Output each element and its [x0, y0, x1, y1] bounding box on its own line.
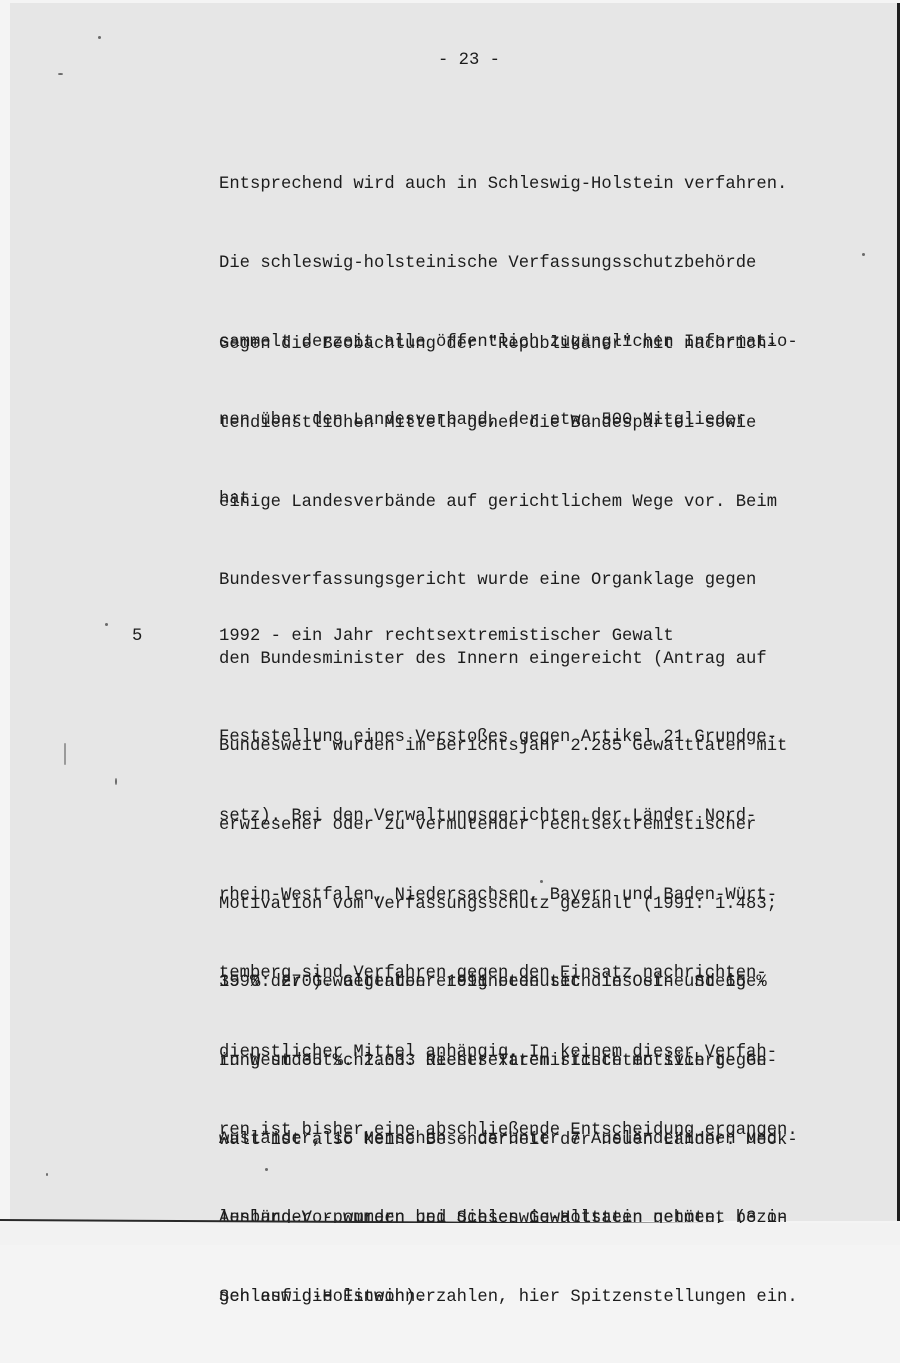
section-number: 5	[132, 627, 142, 646]
scan-margin	[0, 1223, 900, 1245]
scan-speck	[115, 778, 117, 785]
scan-speck	[265, 1168, 268, 1171]
text-line: Bundesweit wurden im Berichtsjahr 2.285 …	[219, 734, 787, 760]
text-line: walt ist also keine Besonderheit der neu…	[219, 1128, 798, 1154]
scan-speck	[58, 73, 63, 75]
scanned-page: - 23 - Entsprechend wird auch in Schlesw…	[10, 3, 900, 1221]
text-line: Bundesverfassungsgericht wurde eine Orga…	[219, 568, 798, 594]
text-line: in Westdeutschland. Rechtsextremistisch …	[219, 1049, 798, 1075]
scan-speck	[540, 880, 543, 883]
text-line: tendienstlichen Mitteln gehen die Bundes…	[219, 411, 798, 437]
text-line: Entsprechend wird auch in Schleswig-Hols…	[219, 172, 798, 198]
text-line: erwiesener oder zu vermutender rechtsext…	[219, 813, 787, 839]
paragraph-east-west-distribution: 35 % der Gewalttaten ereigneten sich in …	[219, 918, 798, 1245]
scan-speck	[46, 1173, 48, 1176]
scan-speck	[98, 36, 101, 39]
scan-speck	[862, 253, 865, 256]
scan-speck	[105, 623, 108, 626]
text-line: Motivation vom Verfassungsschutz gezählt…	[219, 892, 787, 918]
text-line: den Bundesminister des Innern eingereich…	[219, 647, 798, 673]
section-heading: 1992 - ein Jahr rechtsextremistischer Ge…	[219, 627, 674, 646]
page-number: - 23 -	[438, 51, 500, 70]
scan-speck	[64, 743, 66, 765]
scan-speck	[490, 888, 493, 891]
text-line: Gegen die Beobachtung der "Republikaner"…	[219, 332, 798, 358]
text-line: 35 % der Gewalttaten ereigneten sich in …	[219, 970, 798, 996]
text-line: Die schleswig-holsteinische Verfassungss…	[219, 251, 798, 277]
text-line: einige Landesverbände auf gerichtlichem …	[219, 490, 798, 516]
